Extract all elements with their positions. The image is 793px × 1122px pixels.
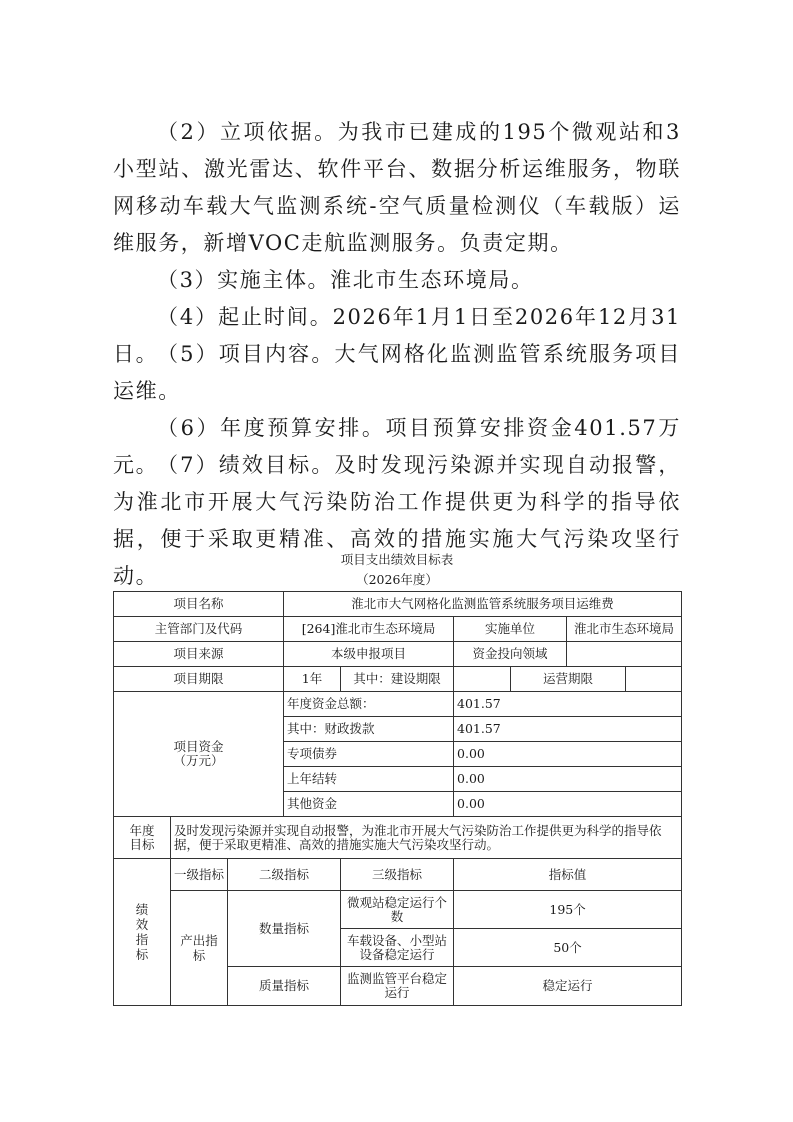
dept-label: 主管部门及代码 (114, 617, 284, 642)
header-level1: 一级指标 (171, 859, 228, 891)
dept-value: [264]淮北市生态环境局 (284, 617, 454, 642)
paragraph-basis: （2）立项依据。为我市已建成的195个微观站和3小型站、激光雷达、软件平台、数据… (113, 114, 681, 262)
project-name-value: 淮北市大气网格化监测监管系统服务项目运维费 (284, 592, 682, 617)
level2-quality: 质量指标 (228, 967, 341, 1006)
row-annual-goal: 年度 目标 及时发现污染源并实现自动报警，为淮北市开展大气污染防治工作提供更为科… (114, 817, 682, 859)
funds-label-line1: 项目资金 (117, 740, 280, 754)
paragraph-implementer: （3）实施主体。淮北市生态环境局。 (113, 262, 681, 299)
fund-label: 年度资金总额： (284, 692, 454, 717)
level3-indicator: 车载设备、小型站设备稳定运行 (341, 929, 454, 967)
goal-label-line2: 目标 (117, 838, 167, 852)
level1-output-text: 产出指标 (179, 933, 219, 963)
level3-indicator: 监测监管平台稳定运行 (341, 967, 454, 1006)
fund-value: 401.57 (454, 717, 682, 742)
source-value: 本级申报项目 (284, 642, 454, 667)
indicators-label-text: 绩效指标 (136, 902, 149, 962)
header-level2: 二级指标 (228, 859, 341, 891)
build-value (454, 667, 511, 692)
row-indicator-header: 绩效指标 一级指标 二级指标 三级指标 指标值 (114, 859, 682, 891)
field-label: 资金投向领域 (454, 642, 567, 667)
row-project-name: 项目名称 淮北市大气网格化监测监管系统服务项目运维费 (114, 592, 682, 617)
row-source: 项目来源 本级申报项目 资金投向领域 (114, 642, 682, 667)
funds-label: 项目资金 （万元） (114, 692, 284, 817)
source-label: 项目来源 (114, 642, 284, 667)
indicator-row: 产出指标 数量指标 微观站稳定运行个数 195个 (114, 891, 682, 929)
fund-label: 其他资金 (284, 792, 454, 817)
row-fund-total: 项目资金 （万元） 年度资金总额： 401.57 (114, 692, 682, 717)
goal-label-line1: 年度 (117, 824, 167, 838)
impl-value: 淮北市生态环境局 (567, 617, 682, 642)
fund-label: 上年结转 (284, 767, 454, 792)
fund-value: 0.00 (454, 767, 682, 792)
indicator-value: 稳定运行 (454, 967, 682, 1006)
goal-label: 年度 目标 (114, 817, 171, 859)
ops-label: 运营期限 (511, 667, 626, 692)
table-subtitle: （2026年度） (113, 572, 681, 588)
build-label: 其中：建设期限 (341, 667, 454, 692)
row-department: 主管部门及代码 [264]淮北市生态环境局 实施单位 淮北市生态环境局 (114, 617, 682, 642)
fund-label: 专项债券 (284, 742, 454, 767)
performance-goal-table: 项目名称 淮北市大气网格化监测监管系统服务项目运维费 主管部门及代码 [264]… (113, 591, 682, 1006)
header-level3: 三级指标 (341, 859, 454, 891)
project-name-label: 项目名称 (114, 592, 284, 617)
header-value: 指标值 (454, 859, 682, 891)
impl-label: 实施单位 (454, 617, 567, 642)
level2-quantity: 数量指标 (228, 891, 341, 967)
indicator-value: 195个 (454, 891, 682, 929)
indicator-value: 50个 (454, 929, 682, 967)
fund-value: 401.57 (454, 692, 682, 717)
table-title: 项目支出绩效目标表 (113, 552, 681, 568)
period-value: 1年 (284, 667, 341, 692)
paragraph-content: （5）项目内容。大气网格化监测监管系统服务项目运维。 (113, 336, 681, 410)
goal-text: 及时发现污染源并实现自动报警，为淮北市开展大气污染防治工作提供更为科学的指导依据… (171, 817, 682, 859)
fund-label: 其中：财政拨款 (284, 717, 454, 742)
field-value (567, 642, 682, 667)
indicators-label: 绩效指标 (114, 859, 171, 1006)
fund-value: 0.00 (454, 792, 682, 817)
fund-value: 0.00 (454, 742, 682, 767)
ops-value (626, 667, 682, 692)
level3-indicator: 微观站稳定运行个数 (341, 891, 454, 929)
period-label: 项目期限 (114, 667, 284, 692)
level1-output: 产出指标 (171, 891, 228, 1006)
row-period: 项目期限 1年 其中：建设期限 运营期限 (114, 667, 682, 692)
funds-label-line2: （万元） (117, 754, 280, 768)
